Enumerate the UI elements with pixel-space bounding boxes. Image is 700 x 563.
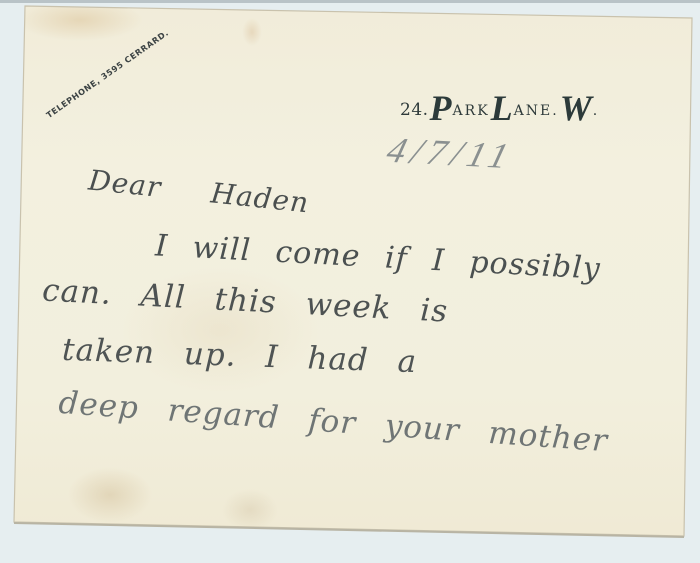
address-lane-rest: ANE. [514,103,559,119]
address-park-initial: P [430,90,452,126]
address-number: 24. [400,100,429,120]
address-district-dot: . [593,103,599,119]
address-lane-initial: L [491,90,513,126]
letter-date: 4/7/11 [383,129,519,177]
letterhead-address: 24. P ARK L ANE. W . [400,86,599,126]
address-park-rest: ARK [453,103,490,119]
address-district-initial: W [560,90,592,126]
scan-border [0,0,700,3]
